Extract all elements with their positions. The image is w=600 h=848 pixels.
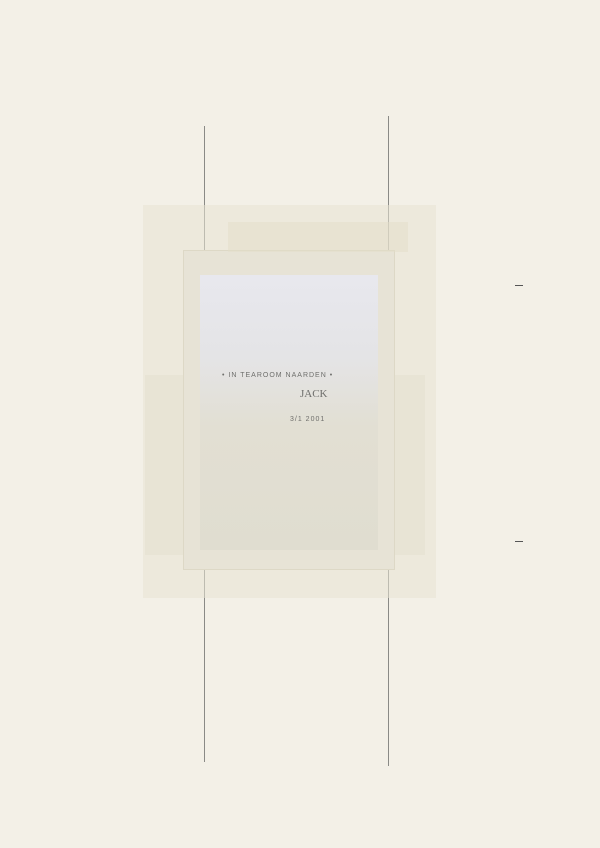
margin-tick-top (515, 285, 523, 286)
paper-sheet: • IN TEAROOM NAARDEN • JACK 3/1 2001 (0, 0, 600, 848)
tape-strip-top (228, 222, 408, 252)
artwork-caption: • IN TEAROOM NAARDEN • (222, 372, 333, 379)
watercolor-paper (200, 275, 378, 550)
margin-tick-bottom (515, 541, 523, 542)
artwork-date: 3/1 2001 (290, 416, 325, 423)
artist-signature: JACK (300, 388, 328, 400)
